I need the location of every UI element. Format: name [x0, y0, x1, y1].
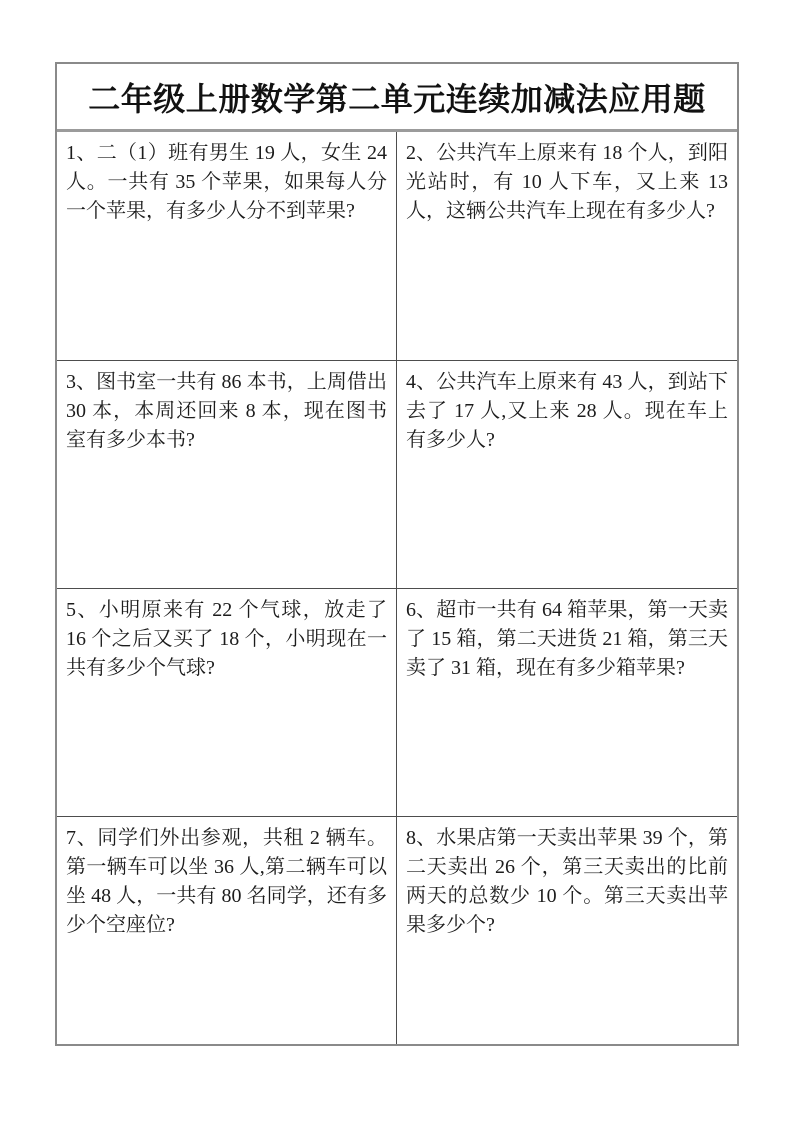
problem-text-3: 3、图书室一共有 86 本书，上周借出 30 本，本周还回来 8 本，现在图书室… [66, 368, 387, 455]
problem-text-2: 2、公共汽车上原来有 18 个人，到阳光站时，有 10 人下车，又上来 13 人… [406, 139, 728, 226]
problem-text-7: 7、同学们外出参观，共租 2 辆车。第一辆车可以坐 36 人,第二辆车可以坐 4… [66, 824, 387, 940]
problem-cell-6: 6、超市一共有 64 箱苹果，第一天卖了 15 箱，第二天进货 21 箱，第三天… [397, 588, 737, 816]
problem-grid: 1、二（1）班有男生 19 人，女生 24 人。一共有 35 个苹果，如果每人分… [57, 132, 737, 1044]
problem-cell-1: 1、二（1）班有男生 19 人，女生 24 人。一共有 35 个苹果，如果每人分… [57, 132, 397, 360]
problem-text-6: 6、超市一共有 64 箱苹果，第一天卖了 15 箱，第二天进货 21 箱，第三天… [406, 596, 728, 683]
worksheet-title: 二年级上册数学第二单元连续加减法应用题 [57, 64, 737, 132]
problem-cell-5: 5、小明原来有 22 个气球，放走了 16 个之后又买了 18 个，小明现在一共… [57, 588, 397, 816]
worksheet-page: 二年级上册数学第二单元连续加减法应用题 1、二（1）班有男生 19 人，女生 2… [0, 0, 793, 1122]
worksheet-table: 二年级上册数学第二单元连续加减法应用题 1、二（1）班有男生 19 人，女生 2… [55, 62, 739, 1046]
problem-cell-3: 3、图书室一共有 86 本书，上周借出 30 本，本周还回来 8 本，现在图书室… [57, 360, 397, 588]
problem-text-1: 1、二（1）班有男生 19 人，女生 24 人。一共有 35 个苹果，如果每人分… [66, 139, 387, 226]
problem-cell-8: 8、水果店第一天卖出苹果 39 个，第二天卖出 26 个，第三天卖出的比前两天的… [397, 816, 737, 1044]
problem-text-4: 4、公共汽车上原来有 43 人，到站下去了 17 人,又上来 28 人。现在车上… [406, 368, 728, 455]
problem-cell-7: 7、同学们外出参观，共租 2 辆车。第一辆车可以坐 36 人,第二辆车可以坐 4… [57, 816, 397, 1044]
problem-cell-2: 2、公共汽车上原来有 18 个人，到阳光站时，有 10 人下车，又上来 13 人… [397, 132, 737, 360]
problem-text-5: 5、小明原来有 22 个气球，放走了 16 个之后又买了 18 个，小明现在一共… [66, 596, 387, 683]
problem-cell-4: 4、公共汽车上原来有 43 人，到站下去了 17 人,又上来 28 人。现在车上… [397, 360, 737, 588]
problem-text-8: 8、水果店第一天卖出苹果 39 个，第二天卖出 26 个，第三天卖出的比前两天的… [406, 824, 728, 940]
